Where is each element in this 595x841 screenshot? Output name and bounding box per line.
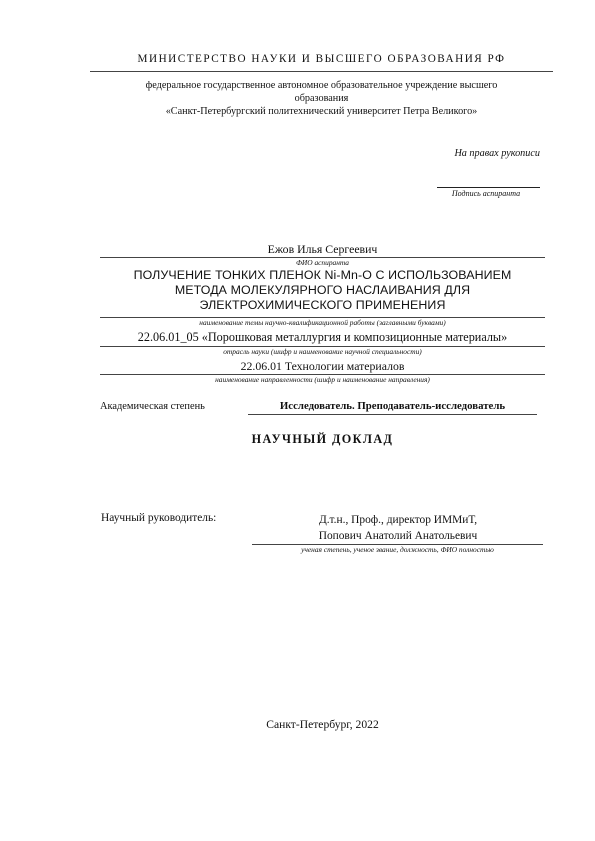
- institution-line-2: образования: [90, 92, 553, 105]
- supervisor-line-2: Попович Анатолий Анатольевич: [252, 528, 544, 544]
- thesis-title: ПОЛУЧЕНИЕ ТОНКИХ ПЛЕНОК Ni-Mn-O С ИСПОЛЬ…: [100, 268, 545, 313]
- thesis-title-line-3: ЭЛЕКТРОХИМИЧЕСКОГО ПРИМЕНЕНИЯ: [100, 298, 545, 313]
- signature-line: [437, 187, 540, 188]
- author-caption: ФИО аспиранта: [100, 258, 545, 267]
- thesis-title-line-2: МЕТОДА МОЛЕКУЛЯРНОГО НАСЛАИВАНИЯ ДЛЯ: [100, 283, 545, 298]
- thesis-title-caption: наименование темы научно-квалификационно…: [100, 318, 545, 327]
- city-year: Санкт-Петербург, 2022: [100, 718, 545, 731]
- supervisor-caption: ученая степень, ученое звание, должность…: [252, 545, 543, 554]
- institution-block: федеральное государственное автономное о…: [90, 79, 553, 118]
- manuscript-rights-note: На правах рукописи: [420, 148, 540, 159]
- study-direction: 22.06.01 Технологии материалов: [100, 359, 545, 374]
- ministry-divider: [90, 71, 553, 72]
- report-title: НАУЧНЫЙ ДОКЛАД: [100, 432, 545, 447]
- supervisor-details: Д.т.н., Проф., директор ИММиТ, Попович А…: [252, 512, 544, 544]
- science-branch-caption: отрасль науки (шифр и наименование научн…: [100, 347, 545, 356]
- science-branch: 22.06.01_05 «Порошковая металлургия и ко…: [100, 330, 545, 345]
- academic-degree-label: Академическая степень: [100, 401, 205, 412]
- supervisor-label: Научный руководитель:: [101, 512, 216, 524]
- signature-caption: Подпись аспиранта: [430, 189, 542, 198]
- institution-line-3: «Санкт-Петербургский политехнический уни…: [90, 105, 553, 118]
- academic-degree-underline: [248, 414, 537, 415]
- study-direction-caption: наименование направленности (шифр и наим…: [100, 375, 545, 384]
- institution-line-1: федеральное государственное автономное о…: [90, 79, 553, 92]
- author-name: Ежов Илья Сергеевич: [100, 242, 545, 257]
- supervisor-line-1: Д.т.н., Проф., директор ИММиТ,: [252, 512, 544, 528]
- ministry-heading: МИНИСТЕРСТВО НАУКИ И ВЫСШЕГО ОБРАЗОВАНИЯ…: [90, 53, 553, 65]
- thesis-title-line-1: ПОЛУЧЕНИЕ ТОНКИХ ПЛЕНОК Ni-Mn-O С ИСПОЛЬ…: [100, 268, 545, 283]
- academic-degree-value: Исследователь. Преподаватель-исследовате…: [250, 400, 535, 412]
